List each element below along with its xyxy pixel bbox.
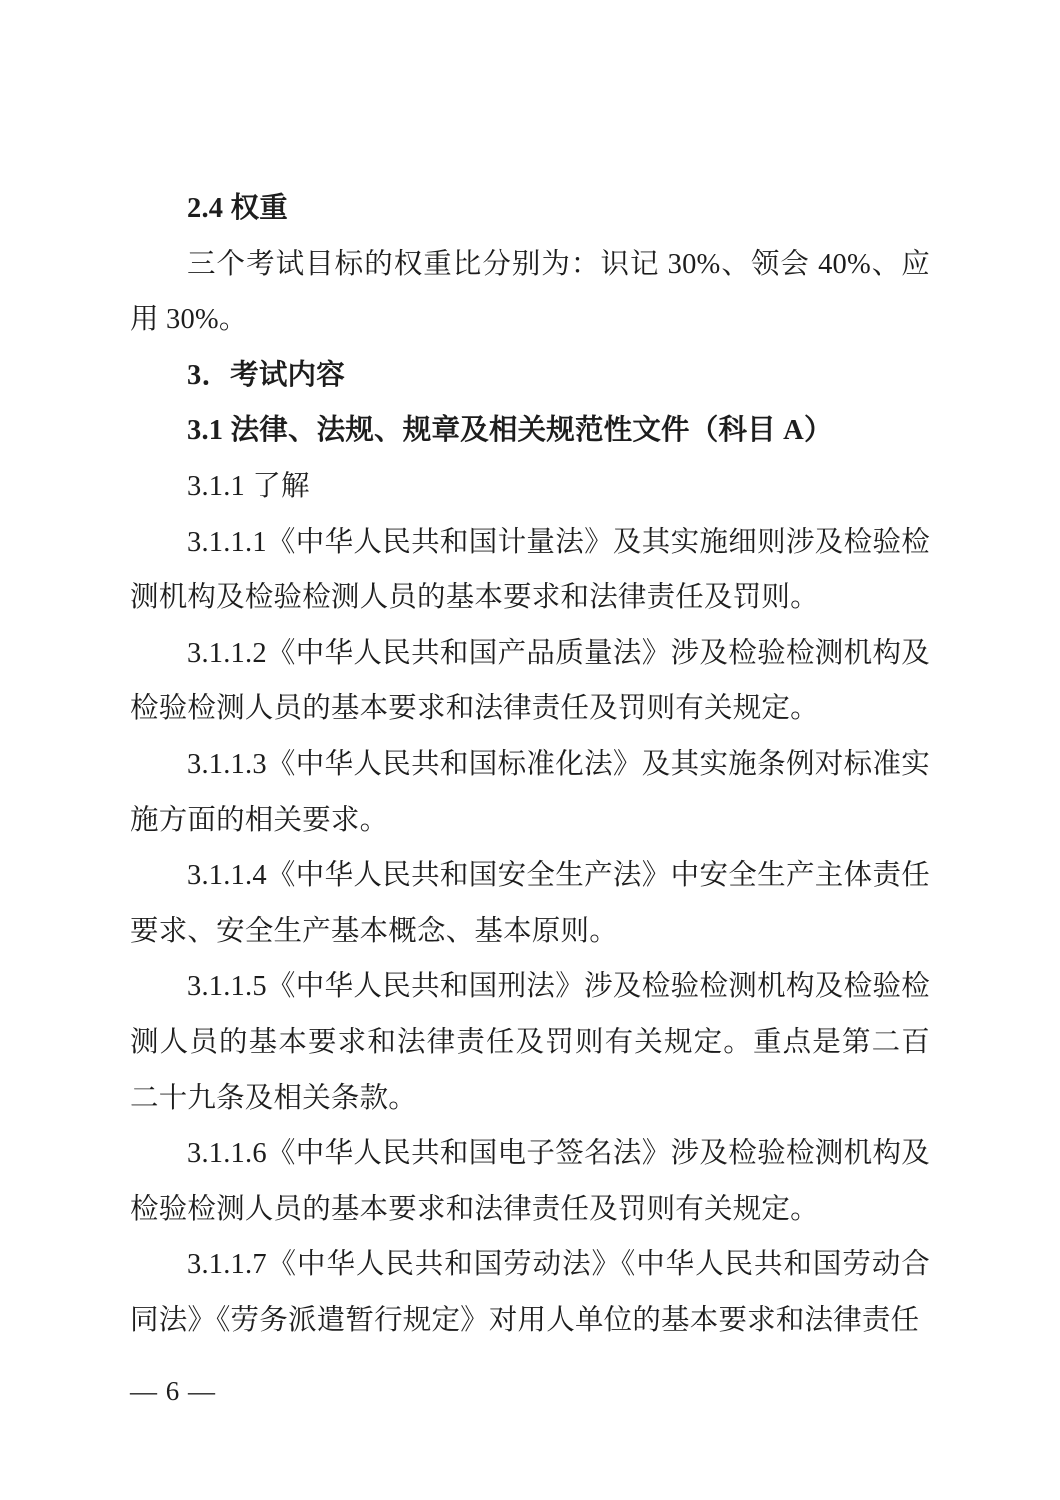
para-3-1-1-2-product-quality-law: 3.1.1.2《中华人民共和国产品质量法》涉及检验检测机构及检验检测人员的基本要… [130, 626, 930, 737]
para-3-1-1-7-labor-law: 3.1.1.7《中华人民共和国劳动法》《中华人民共和国劳动合同法》《劳务派遣暂行… [130, 1237, 930, 1348]
para-3-1-1-1-metrology-law: 3.1.1.1《中华人民共和国计量法》及其实施细则涉及检验检测机构及检验检测人员… [130, 515, 930, 626]
para-3-1-1-4-work-safety-law: 3.1.1.4《中华人民共和国安全生产法》中安全生产主体责任要求、安全生产基本概… [130, 848, 930, 959]
heading-weight: 2.4 权重 [130, 181, 930, 237]
heading-exam-content: 3．考试内容 [130, 348, 930, 404]
page-number: — 6 — [130, 1376, 216, 1406]
para-weight-ratio: 三个考试目标的权重比分别为：识记 30%、领会 40%、应用 30%。 [130, 237, 930, 348]
document-body: 2.4 权重 三个考试目标的权重比分别为：识记 30%、领会 40%、应用 30… [130, 181, 930, 1348]
heading-subject-a: 3.1 法律、法规、规章及相关规范性文件（科目 A） [130, 403, 930, 459]
para-3-1-1-understand: 3.1.1 了解 [130, 459, 930, 515]
document-page: 2.4 权重 三个考试目标的权重比分别为：识记 30%、领会 40%、应用 30… [0, 0, 1060, 1500]
para-3-1-1-5-criminal-law: 3.1.1.5《中华人民共和国刑法》涉及检验检测机构及检验检测人员的基本要求和法… [130, 959, 930, 1126]
para-3-1-1-3-standardization-law: 3.1.1.3《中华人民共和国标准化法》及其实施条例对标准实施方面的相关要求。 [130, 737, 930, 848]
para-3-1-1-6-electronic-signature-law: 3.1.1.6《中华人民共和国电子签名法》涉及检验检测机构及检验检测人员的基本要… [130, 1126, 930, 1237]
